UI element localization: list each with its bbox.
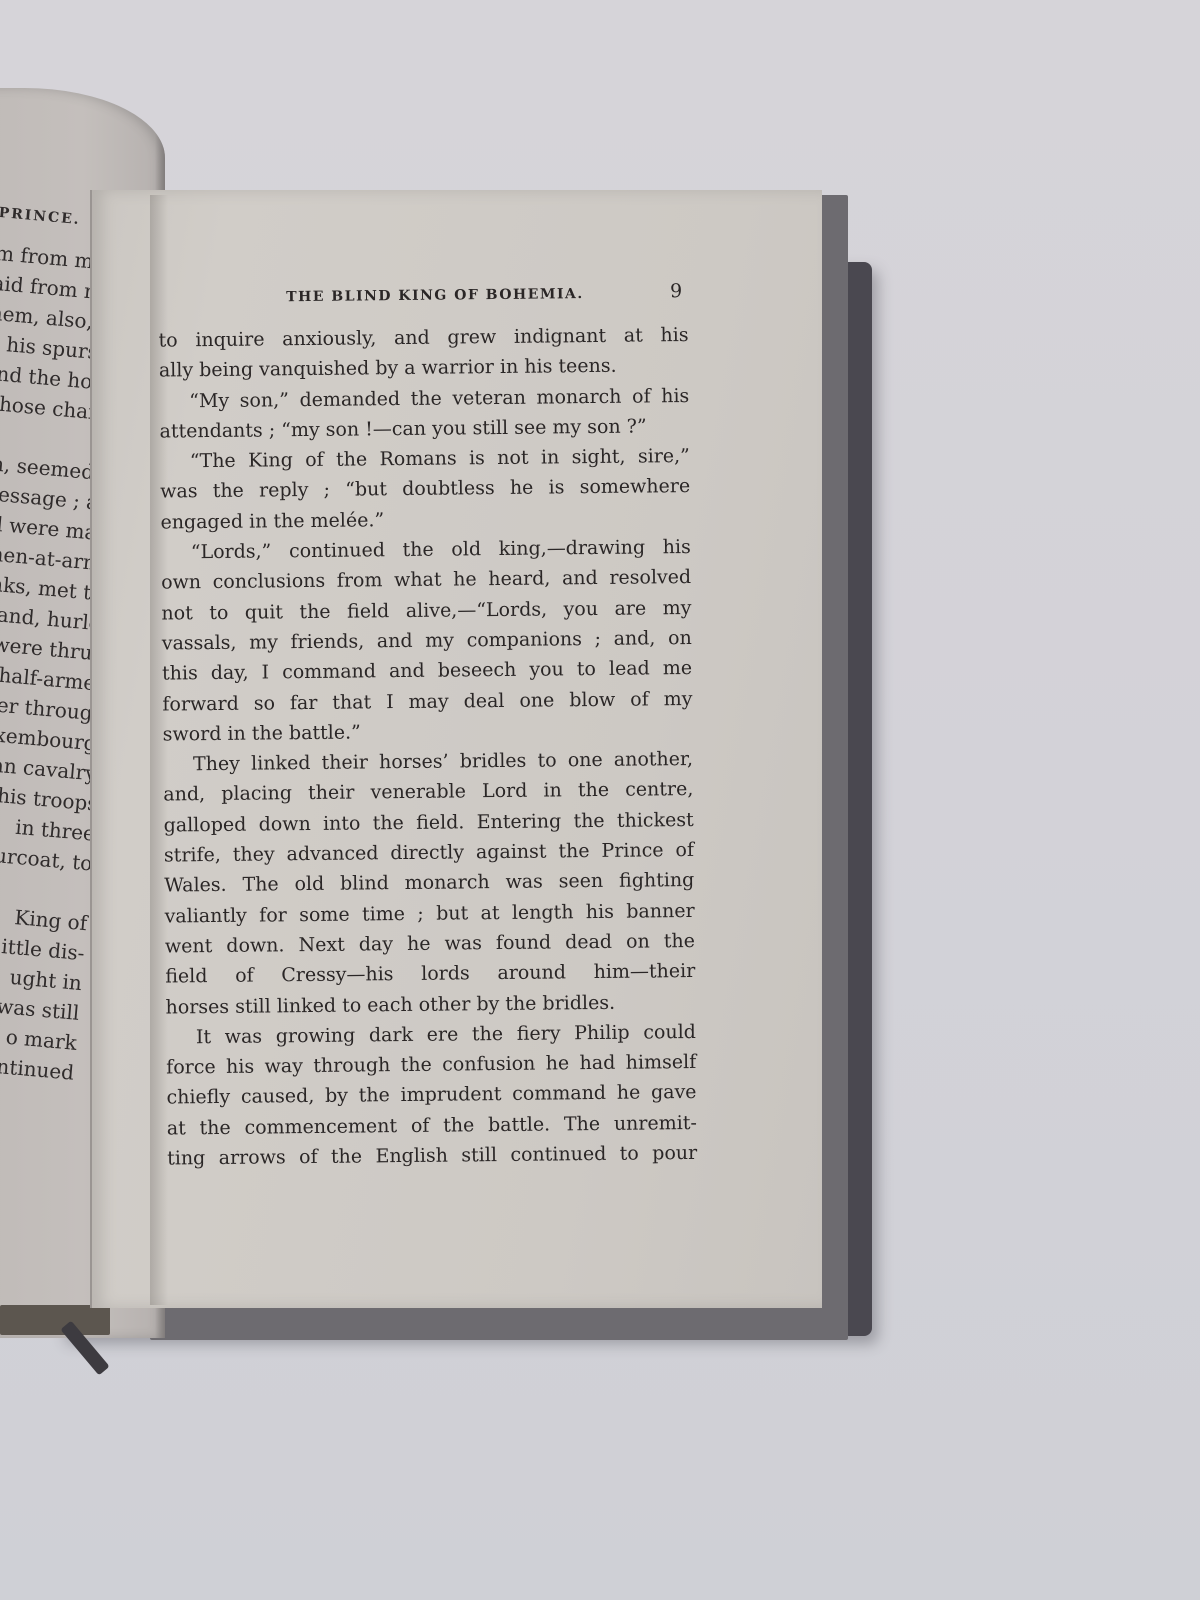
spine-fragment	[0, 1305, 110, 1335]
page-number: 9	[670, 280, 688, 302]
text-line: Wales. The old blind monarch was seen fi…	[164, 865, 694, 901]
text-line: was the reply ; “but doubtless he is som…	[160, 471, 690, 507]
book-photo: PRINCE. m from me, thataid from me, sohe…	[0, 0, 1200, 1600]
body-text: to inquire anxiously, and grew indignant…	[158, 320, 697, 1174]
text-line: forward so far that I may deal one blow …	[162, 684, 692, 720]
running-head-title: THE BLIND KING OF BOHEMIA.	[286, 286, 584, 305]
text-line: field of Cressy—his lords around him—the…	[165, 956, 695, 992]
running-head: THE BLIND KING OF BOHEMIA. 9	[158, 280, 688, 316]
text-line: ting arrows of the English still continu…	[167, 1138, 697, 1174]
right-page-text: THE BLIND KING OF BOHEMIA. 9 to inquire …	[158, 280, 697, 1174]
text-line: this day, I command and beseech you to l…	[162, 653, 692, 689]
text-line: ally being vanquished by a warrior in hi…	[159, 350, 689, 386]
